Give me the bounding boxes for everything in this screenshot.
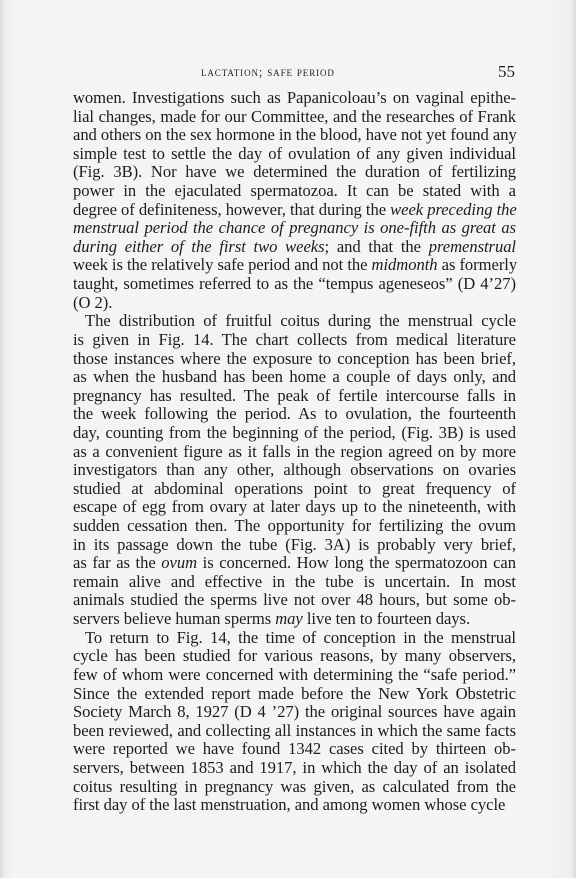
text-line: Society March 8, 1927 (D 4 ’27) the orig…	[73, 703, 516, 722]
text-run: servers believe human sperms	[73, 609, 275, 628]
text-run: those instances where the exposure to co…	[73, 349, 516, 368]
paragraph: women. Investigations such as Papanicolo…	[73, 89, 516, 312]
text-line: To return to Fig. 14, the time of concep…	[73, 629, 516, 648]
text-run: animals studied the sperms live not over…	[73, 590, 516, 609]
text-run: women. Investigations such as Papanicolo…	[73, 88, 516, 107]
text-run: the week following the period. As to ovu…	[73, 404, 516, 423]
text-run: escape of egg from ovary at later days u…	[73, 497, 516, 516]
text-line: during either of the first two weeks; an…	[73, 238, 516, 257]
italic-text: midmonth	[372, 255, 438, 274]
text-line: day, counting from the beginning of the …	[73, 424, 516, 443]
paragraph: The distribution of fruitful coitus duri…	[73, 312, 516, 628]
text-run: studied at abdominal operations point to…	[73, 479, 516, 498]
text-line: animals studied the sperms live not over…	[73, 591, 516, 610]
running-head: LACTATION; SAFE PERIOD 55	[73, 63, 515, 81]
italic-text: menstrual period the chance of pregnancy…	[73, 218, 516, 237]
text-run: Since the extended report made before th…	[73, 684, 516, 703]
text-line: simple test to settle the day of ovulati…	[73, 145, 516, 164]
text-run: To return to Fig. 14, the time of concep…	[85, 628, 516, 647]
text-run: sudden cessation then. The opportunity f…	[73, 516, 516, 535]
text-run: (O 2).	[73, 293, 112, 312]
text-line: first day of the last menstruation, and …	[73, 796, 516, 815]
text-line: coitus resulting in pregnancy was given,…	[73, 778, 516, 797]
text-run: simple test to settle the day of ovulati…	[73, 144, 516, 163]
text-line: (Fig. 3B). Nor have we determined the du…	[73, 163, 516, 182]
text-run: remain alive and effective in the tube i…	[73, 572, 516, 591]
text-line: remain alive and effective in the tube i…	[73, 573, 516, 592]
text-run: (Fig. 3B). Nor have we determined the du…	[73, 162, 516, 181]
text-line: (O 2).	[73, 294, 516, 313]
text-line: lial changes, made for our Committee, an…	[73, 108, 516, 127]
text-run: servers, between 1853 and 1917, in which…	[73, 758, 516, 777]
text-run: live ten to fourteen days.	[303, 609, 470, 628]
running-title: LACTATION; SAFE PERIOD	[201, 65, 335, 80]
text-line: were reported we have found 1342 cases c…	[73, 740, 516, 759]
text-line: is given in Fig. 14. The chart collects …	[73, 331, 516, 350]
text-run: Society March 8, 1927 (D 4 ’27) the orig…	[73, 702, 516, 721]
text-run: degree of definiteness, however, that du…	[73, 200, 390, 219]
text-line: sudden cessation then. The opportunity f…	[73, 517, 516, 536]
text-run: cycle has been studied for various reaso…	[73, 646, 516, 665]
text-run: is concerned. How long the spermatozoon …	[197, 553, 516, 572]
text-line: few of whom were concerned with determin…	[73, 666, 516, 685]
text-line: power in the ejaculated spermatozoa. It …	[73, 182, 516, 201]
text-run: taught, sometimes referred to as the “te…	[73, 274, 516, 293]
text-line: degree of definiteness, however, that du…	[73, 201, 516, 220]
text-run: day, counting from the beginning of the …	[73, 423, 516, 442]
text-line: studied at abdominal operations point to…	[73, 480, 516, 499]
text-line: as a convenient figure as it falls in th…	[73, 443, 516, 462]
text-line: The distribution of fruitful coitus duri…	[73, 312, 516, 331]
text-line: been reviewed, and collecting all instan…	[73, 722, 516, 741]
text-run: as a convenient figure as it falls in th…	[73, 442, 516, 461]
text-run: coitus resulting in pregnancy was given,…	[73, 777, 516, 796]
text-line: cycle has been studied for various reaso…	[73, 647, 516, 666]
text-run: first day of the last menstruation, and …	[73, 795, 505, 814]
text-line: as far as the ovum is concerned. How lon…	[73, 554, 516, 573]
text-run: were reported we have found 1342 cases c…	[73, 739, 516, 758]
text-line: Since the extended report made before th…	[73, 685, 516, 704]
text-line: escape of egg from ovary at later days u…	[73, 498, 516, 517]
text-run: power in the ejaculated spermatozoa. It …	[73, 181, 516, 200]
text-line: pregnancy has resulted. The peak of fert…	[73, 387, 516, 406]
body-text: women. Investigations such as Papanicolo…	[73, 89, 516, 815]
text-line: taught, sometimes referred to as the “te…	[73, 275, 516, 294]
text-line: servers, between 1853 and 1917, in which…	[73, 759, 516, 778]
italic-text: during either of the first two weeks	[73, 237, 325, 256]
scan-mark	[0, 0, 3, 878]
text-run: The distribution of fruitful coitus duri…	[85, 311, 516, 330]
text-run: in its passage down the tube (Fig. 3A) i…	[73, 535, 516, 554]
paragraph: To return to Fig. 14, the time of concep…	[73, 629, 516, 815]
italic-text: ovum	[161, 553, 197, 572]
page-number: 55	[498, 62, 515, 82]
italic-text: week preceding the	[390, 200, 517, 219]
text-run: as far as the	[73, 553, 161, 572]
text-line: as when the husband has been home a coup…	[73, 368, 516, 387]
text-line: those instances where the exposure to co…	[73, 350, 516, 369]
text-line: women. Investigations such as Papanicolo…	[73, 89, 516, 108]
text-line: in its passage down the tube (Fig. 3A) i…	[73, 536, 516, 555]
text-run: as formerly	[438, 255, 518, 274]
text-run: week is the relatively safe period and n…	[73, 255, 372, 274]
text-run: few of whom were concerned with determin…	[73, 665, 516, 684]
text-line: and others on the sex hormone in the blo…	[73, 126, 516, 145]
text-line: menstrual period the chance of pregnancy…	[73, 219, 516, 238]
text-run: lial changes, made for our Committee, an…	[73, 107, 516, 126]
text-run: as when the husband has been home a coup…	[73, 367, 516, 386]
italic-text: may	[275, 609, 303, 628]
text-run: pregnancy has resulted. The peak of fert…	[73, 386, 516, 405]
text-line: the week following the period. As to ovu…	[73, 405, 516, 424]
text-line: week is the relatively safe period and n…	[73, 256, 516, 275]
book-page: LACTATION; SAFE PERIOD 55 women. Investi…	[0, 0, 576, 878]
text-run: been reviewed, and collecting all instan…	[73, 721, 516, 740]
italic-text: premenstrual	[429, 237, 516, 256]
text-run: is given in Fig. 14. The chart collects …	[73, 330, 516, 349]
text-run: investigators than any other, although o…	[73, 460, 516, 479]
text-line: investigators than any other, although o…	[73, 461, 516, 480]
text-run: ; and that the	[325, 237, 429, 256]
text-line: servers believe human sperms may live te…	[73, 610, 516, 629]
text-run: and others on the sex hormone in the blo…	[73, 125, 517, 144]
